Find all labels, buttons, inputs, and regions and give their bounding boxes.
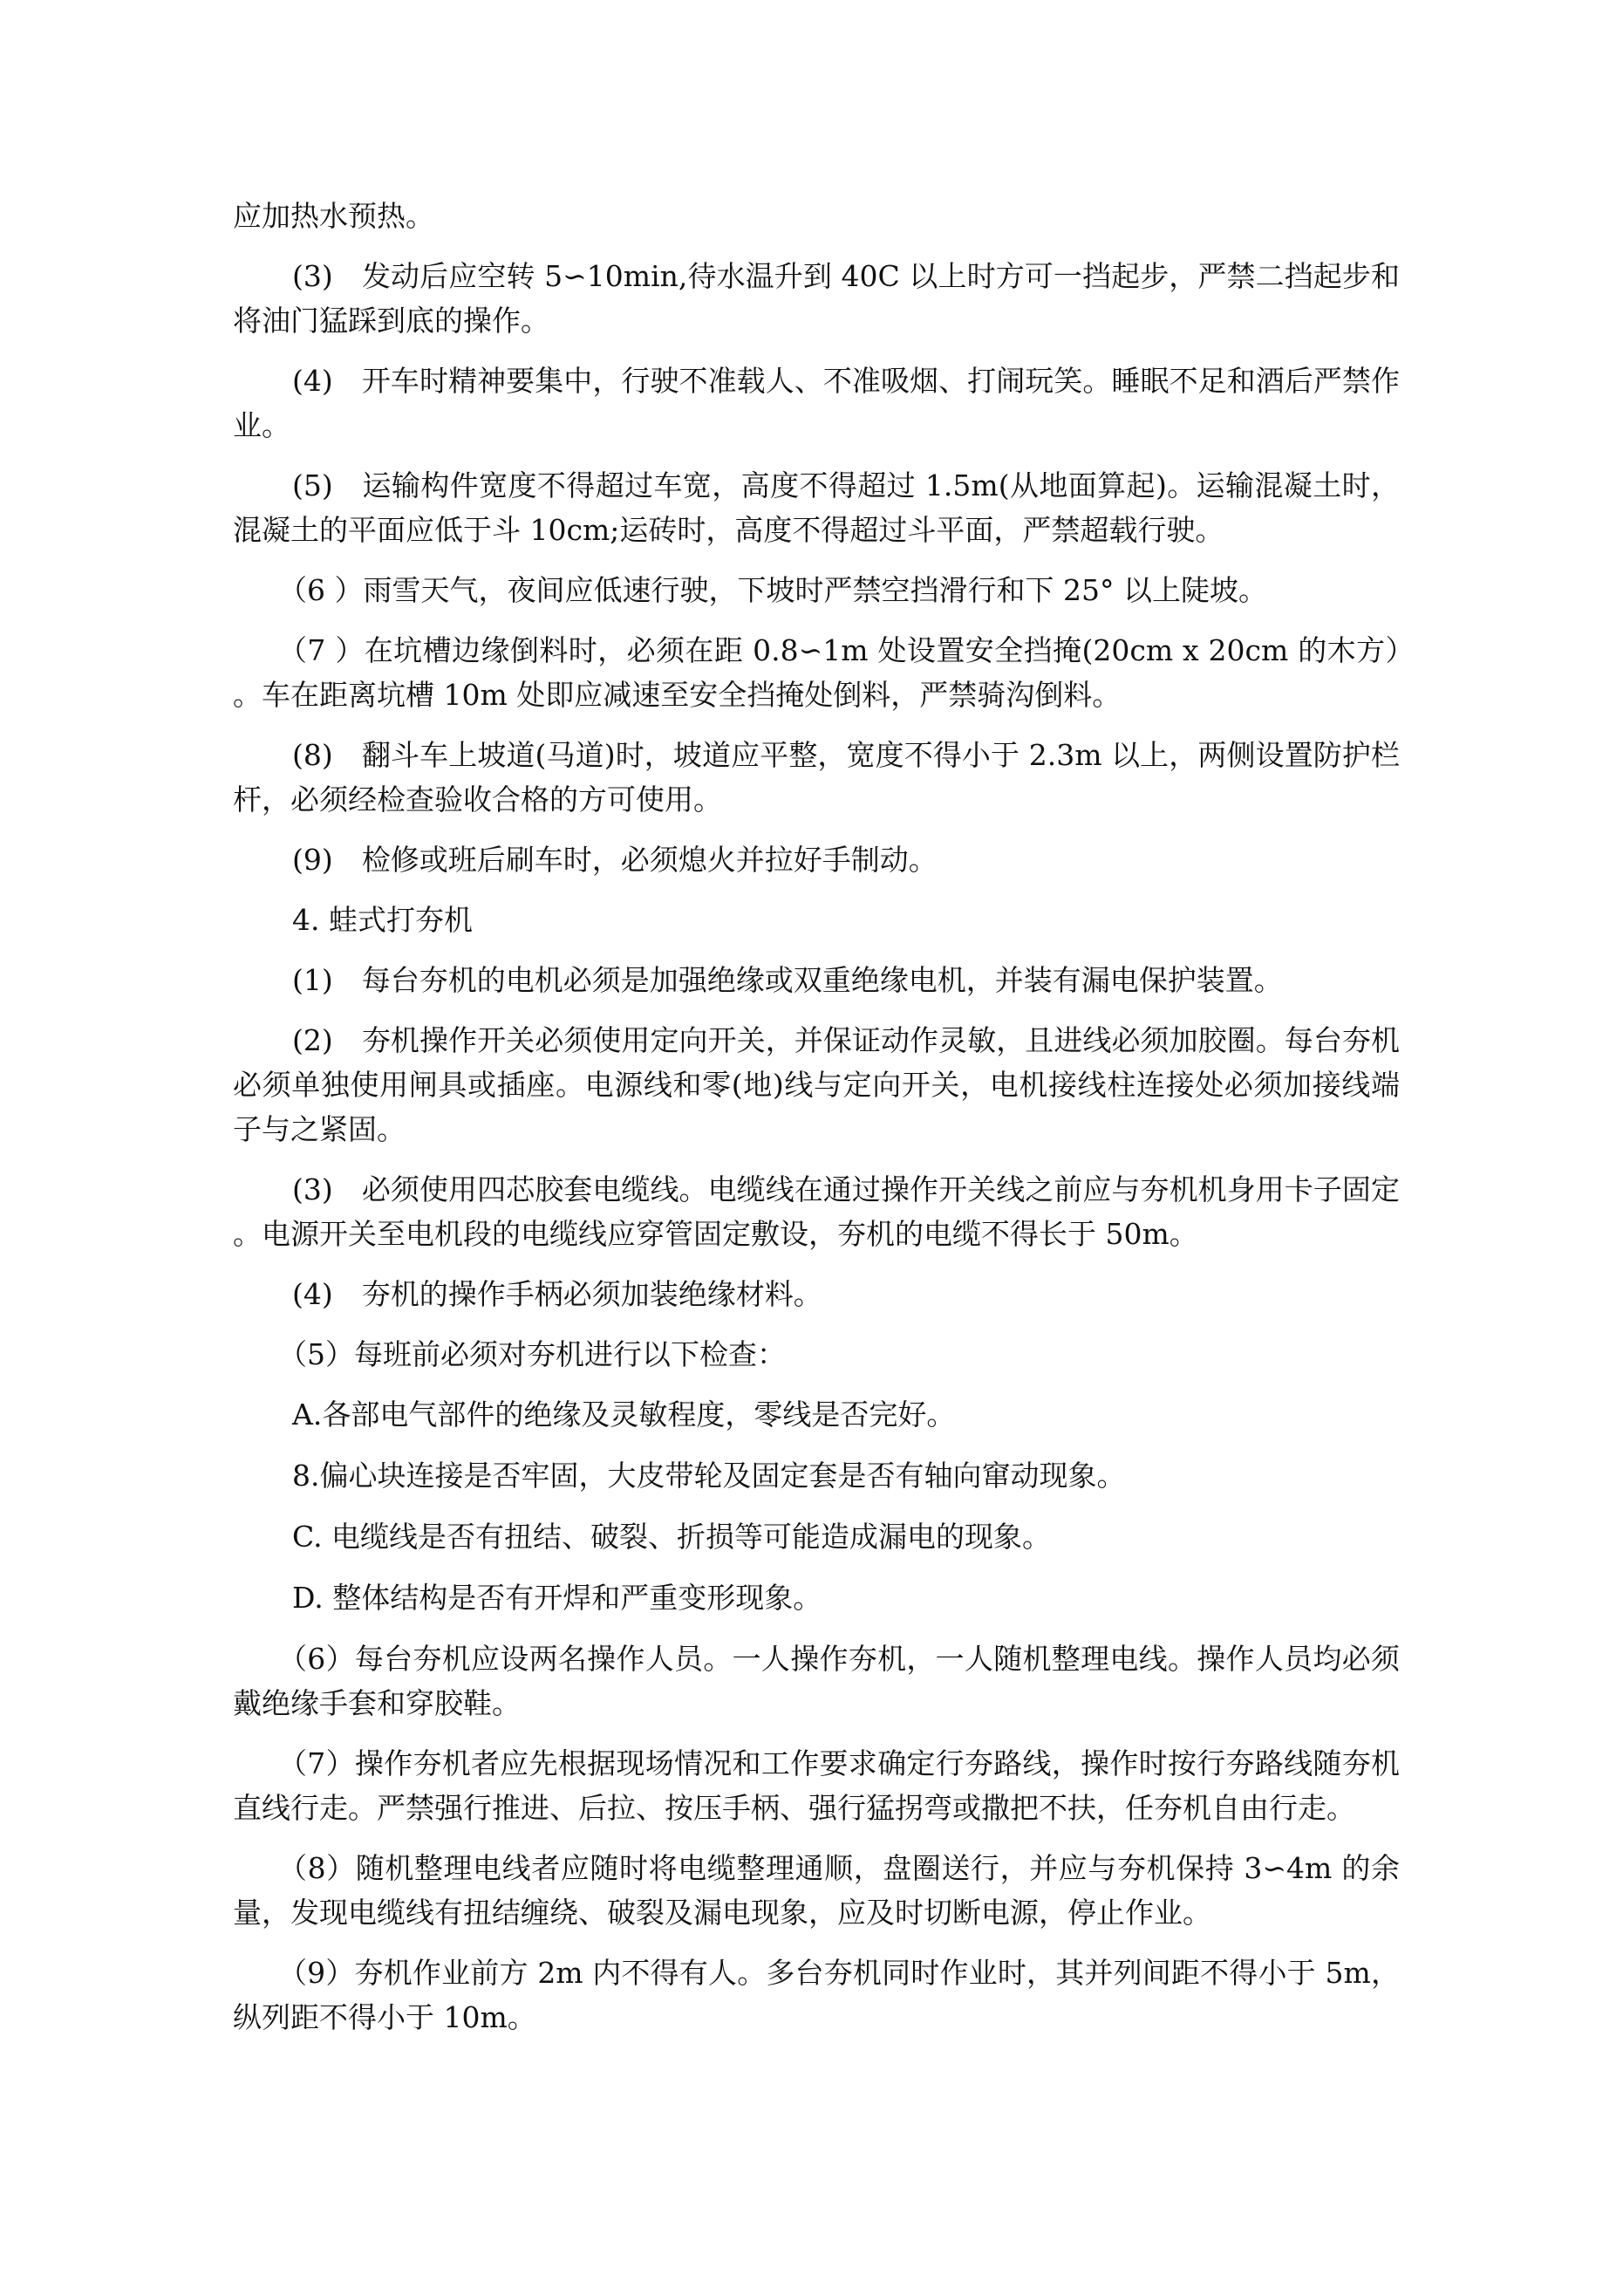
section-item-2: (2) 夯机操作开关必须使用定向开关，并保证动作灵敏，且进线必须加胶圈。每台夯机…: [233, 1018, 1400, 1151]
document-page: 应加热水预热。 (3) 发动后应空转 5∽10min,待水温升到 40C 以上时…: [233, 194, 1400, 2055]
section-item-4: (4) 夯机的操作手柄必须加装绝缘材料。: [233, 1272, 1400, 1316]
section-item-5: （5）每班前必须对夯机进行以下检查：: [233, 1332, 1400, 1377]
section-item-1: (1) 每台夯机的电机必须是加强绝缘或双重绝缘电机，并装有漏电保护装置。: [233, 958, 1400, 1002]
paragraph-item-8: (8) 翻斗车上坡道(马道)时，坡道应平整，宽度不得小于 2.3m 以上，两侧设…: [233, 733, 1400, 822]
section-heading-frog-rammer: 4. 蛙式打夯机: [233, 898, 1400, 942]
paragraph-item-6: （6 ）雨雪天气，夜间应低速行驶，下坡时严禁空挡滑行和下 25° 以上陡坡。: [233, 568, 1400, 612]
paragraph-item-9: (9) 检修或班后刷车时，必须熄火并拉好手制动。: [233, 837, 1400, 882]
paragraph-item-7: （7 ）在坑槽边缘倒料时，必须在距 0.8∽1m 处设置安全挡掩(20cm x …: [233, 628, 1400, 717]
paragraph-item-3: (3) 发动后应空转 5∽10min,待水温升到 40C 以上时方可一挡起步，严…: [233, 254, 1400, 343]
section-item-7: （7）操作夯机者应先根据现场情况和工作要求确定行夯路线，操作时按行夯路线随夯机直…: [233, 1741, 1400, 1830]
section-item-3: (3) 必须使用四芯胶套电缆线。电缆线在通过操作开关线之前应与夯机机身用卡子固定…: [233, 1167, 1400, 1256]
checklist-item-d: D. 整体结构是否有开焊和严重变形现象。: [233, 1575, 1400, 1620]
checklist-item-a: A.各部电气部件的绝缘及灵敏程度，零线是否完好。: [233, 1392, 1400, 1437]
checklist-item-c: C. 电缆线是否有扭结、破裂、折损等可能造成漏电的现象。: [233, 1514, 1400, 1559]
section-item-8: （8）随机整理电线者应随时将电缆整理通顺，盘圈送行，并应与夯机保持 3∽4m 的…: [233, 1846, 1400, 1935]
paragraph-item-5: (5) 运输构件宽度不得超过车宽，高度不得超过 1.5m(从地面算起)。运输混凝…: [233, 463, 1400, 552]
paragraph-item-4: (4) 开车时精神要集中，行驶不准载人、不准吸烟、打闹玩笑。睡眠不足和酒后严禁作…: [233, 359, 1400, 448]
section-item-9: （9）夯机作业前方 2m 内不得有人。多台夯机同时作业时，其并列间距不得小于 5…: [233, 1951, 1400, 2040]
paragraph-continuation: 应加热水预热。: [233, 194, 1400, 238]
section-item-6: （6）每台夯机应设两名操作人员。一人操作夯机，一人随机整理电线。操作人员均必须戴…: [233, 1637, 1400, 1725]
checklist-item-b: 8.偏心块连接是否牢固，大皮带轮及固定套是否有轴向窜动现象。: [233, 1453, 1400, 1498]
